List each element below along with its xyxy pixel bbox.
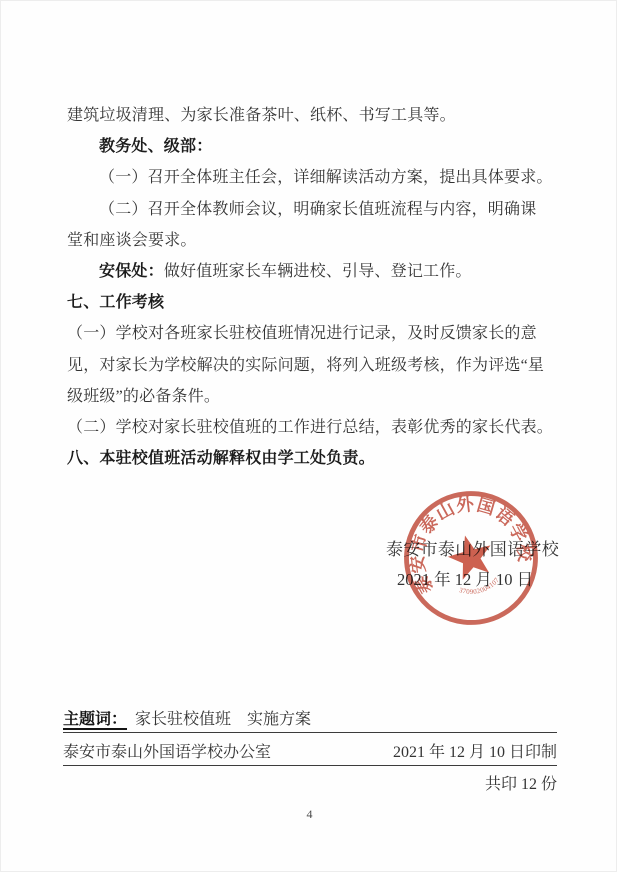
body-line section-heading: 七、工作考核 bbox=[67, 287, 557, 318]
copies-count: 共印 12 份 bbox=[63, 774, 557, 796]
keywords-row: 主题词：家长驻校值班 实施方案 bbox=[63, 709, 557, 733]
body-line section-heading: 八、本驻校值班活动解释权由学工处负责。 bbox=[67, 443, 557, 474]
keywords-value: 家长驻校值班 实施方案 bbox=[135, 711, 311, 728]
page-number: 4 bbox=[1, 807, 617, 822]
official-seal-stamp: 泰安市泰山外国语学校 3709020041070 bbox=[380, 467, 561, 648]
print-date: 2021 年 12 月 10 日印制 bbox=[393, 742, 557, 764]
body-line: 安保处：做好值班家长车辆进校、引导、登记工作。 bbox=[67, 256, 557, 287]
body-line: （一）召开全体班主任会，详细解读活动方案，提出具体要求。 bbox=[67, 162, 557, 193]
document-page: 建筑垃圾清理、为家长准备茶叶、纸杯、书写工具等。 教务处、级部： （一）召开全体… bbox=[0, 0, 617, 872]
body-line: 堂和座谈会要求。 bbox=[67, 225, 557, 256]
seal-graphic: 泰安市泰山外国语学校 3709020041070 bbox=[380, 467, 561, 648]
document-footer: 主题词：家长驻校值班 实施方案 泰安市泰山外国语学校办公室 2021 年 12 … bbox=[63, 709, 557, 796]
keywords-label: 主题词： bbox=[63, 711, 127, 728]
document-body: 建筑垃圾清理、为家长准备茶叶、纸杯、书写工具等。 教务处、级部： （一）召开全体… bbox=[67, 100, 557, 474]
body-line: （一）学校对各班家长驻校值班情况进行记录，及时反馈家长的意 bbox=[67, 318, 557, 349]
body-line: 见，对家长为学校解决的实际问题，将列入班级考核，作为评选“星 bbox=[67, 350, 557, 381]
body-line: 建筑垃圾清理、为家长准备茶叶、纸杯、书写工具等。 bbox=[67, 100, 557, 131]
body-line: 教务处、级部： bbox=[67, 131, 557, 162]
seal-star-icon bbox=[444, 530, 498, 582]
issuer-row: 泰安市泰山外国语学校办公室 2021 年 12 月 10 日印制 bbox=[63, 742, 557, 766]
body-line: 级班级”的必备条件。 bbox=[67, 381, 557, 412]
issuing-office: 泰安市泰山外国语学校办公室 bbox=[63, 742, 271, 764]
body-line: （二）召开全体教师会议，明确家长值班流程与内容，明确课 bbox=[67, 194, 557, 225]
body-line: （二）学校对家长驻校值班的工作进行总结，表彰优秀的家长代表。 bbox=[67, 412, 557, 443]
